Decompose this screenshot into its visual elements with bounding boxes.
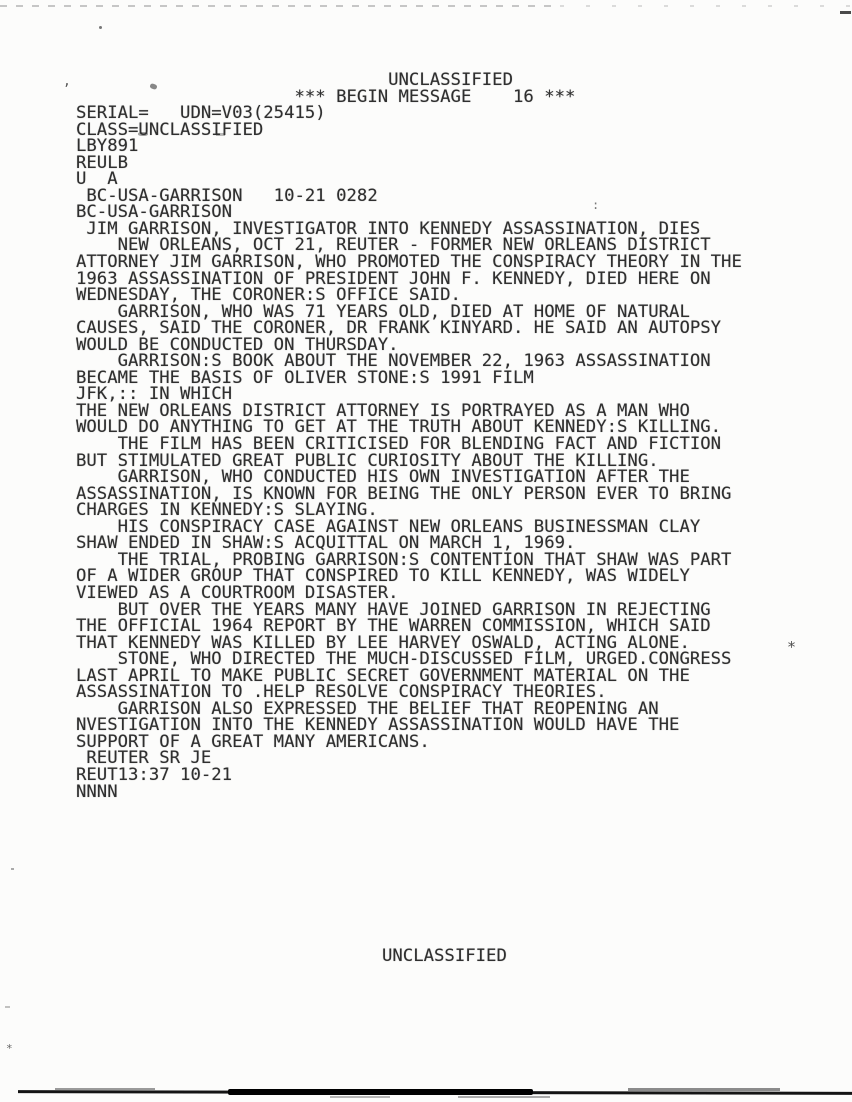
ink-speck [99, 26, 102, 29]
wire-message-text: UNCLASSIFIED *** BEGIN MESSAGE 16 *** SE… [76, 72, 742, 800]
ink-speck [5, 1006, 10, 1008]
scan-edge-line [330, 1096, 390, 1098]
scan-edge-line [55, 1088, 155, 1090]
scanned-document-page: , : * * UNCLASSIFIED *** BEGIN MESSAGE 1… [0, 0, 852, 1102]
scan-dashed-line-right [560, 5, 852, 7]
ink-speck [11, 868, 14, 870]
ink-speck: , [63, 74, 71, 89]
scan-dashed-line-left [0, 5, 560, 7]
scan-edge-line [18, 1090, 852, 1095]
scan-edge-line [228, 1089, 533, 1095]
margin-asterisk-mark: * [787, 638, 796, 656]
scan-corner-dash [840, 11, 851, 14]
ink-speck: * [6, 1042, 13, 1055]
scan-edge-line [458, 1096, 550, 1098]
scan-edge-line [628, 1088, 780, 1091]
classification-footer: UNCLASSIFIED [382, 948, 507, 965]
